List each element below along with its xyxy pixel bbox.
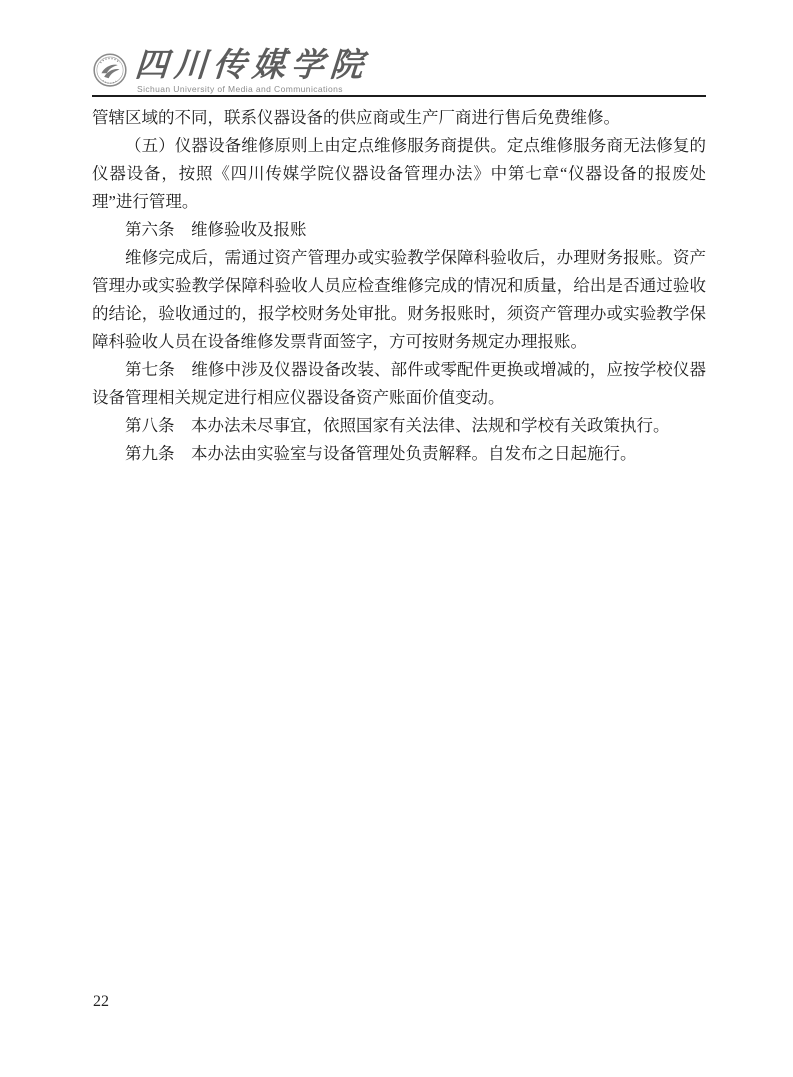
paragraph: （五）仪器设备维修原则上由定点维修服务商提供。定点维修服务商无法修复的仪器设备，… [92,132,706,216]
paragraph: 维修完成后，需通过资产管理办或实验教学保障科验收后，办理财务报账。资产管理办或实… [92,244,706,356]
university-name-cn: 四川传媒学院 [134,50,370,82]
document-page: 四川传媒学院 Sichuan University of Media and C… [0,0,793,1077]
paragraph: 管辖区域的不同，联系仪器设备的供应商或生产厂商进行售后免费维修。 [92,104,706,132]
paragraph-article-8: 第八条 本办法未尽事宜，依照国家有关法律、法规和学校有关政策执行。 [92,412,706,440]
header-divider [92,95,706,97]
header-logo: 四川传媒学院 Sichuan University of Media and C… [92,50,707,94]
page-number: 22 [93,993,109,1011]
paragraph-article-9: 第九条 本办法由实验室与设备管理处负责解释。自发布之日起施行。 [92,440,706,468]
logo-row: 四川传媒学院 Sichuan University of Media and C… [92,50,707,94]
university-seal-icon [92,51,128,91]
logo-text: 四川传媒学院 Sichuan University of Media and C… [135,50,369,94]
document-body: 管辖区域的不同，联系仪器设备的供应商或生产厂商进行售后免费维修。 （五）仪器设备… [92,104,706,468]
paragraph-article-6: 第六条 维修验收及报账 [92,216,706,244]
university-name-en: Sichuan University of Media and Communic… [137,84,369,94]
paragraph-article-7: 第七条 维修中涉及仪器设备改装、部件或零配件更换或增减的，应按学校仪器设备管理相… [92,356,706,412]
